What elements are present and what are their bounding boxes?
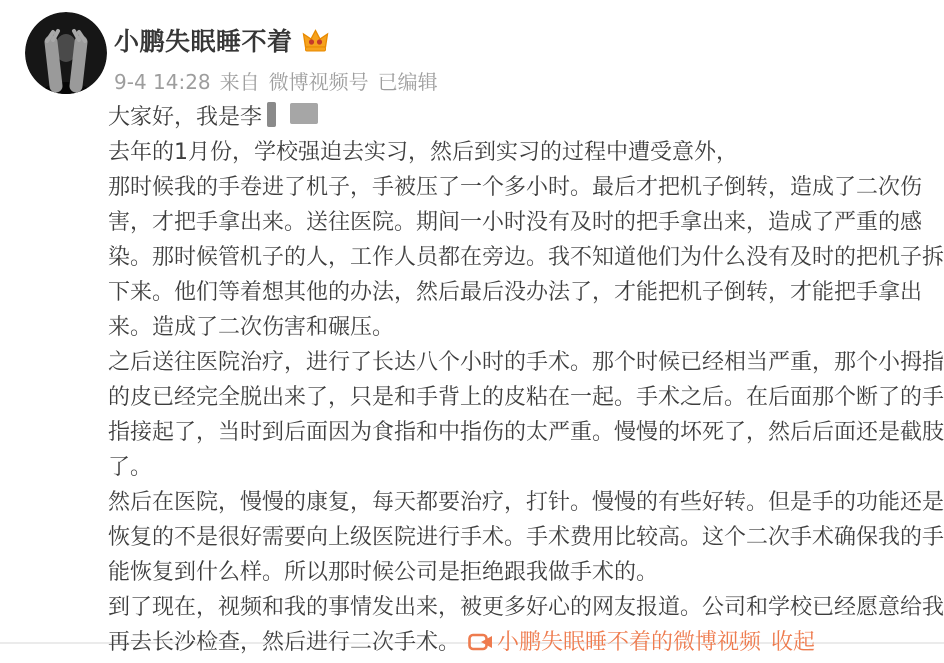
post-header: 小鹏失眠睡不着 9-4 14:28 来自 微博视频号 已编辑 (114, 22, 438, 95)
avatar[interactable] (25, 12, 107, 94)
collapse-link[interactable]: 收起 (771, 630, 815, 644)
post-meta: 9-4 14:28 来自 微博视频号 已编辑 (114, 66, 438, 95)
video-link[interactable]: 小鹏失眠睡不着的微博视频 (460, 630, 761, 644)
from-label: 来自 (220, 66, 260, 95)
source-link[interactable]: 微博视频号 (269, 66, 369, 95)
video-link-label: 小鹏失眠睡不着的微博视频 (497, 630, 761, 644)
avatar-image (25, 12, 107, 94)
timestamp: 9-4 14:28 (114, 70, 211, 94)
video-camera-icon (468, 628, 494, 644)
redaction-block-1 (267, 102, 276, 127)
body-text-intro: 大家好，我是李 (108, 105, 262, 130)
vip-crown-icon (302, 28, 329, 53)
post-body: 大家好，我是李去年的1月份，学校强迫去实习，然后到实习的过程中遭受意外， 那时候… (108, 100, 944, 644)
redaction-block-2 (290, 103, 318, 124)
body-text-main: 去年的1月份，学校强迫去实习，然后到实习的过程中遭受意外， 那时候我的手卷进了机… (108, 140, 944, 644)
edited-badge: 已编辑 (378, 66, 438, 95)
username[interactable]: 小鹏失眠睡不着 (114, 22, 293, 58)
weibo-post: 小鹏失眠睡不着 9-4 14:28 来自 微博视频号 已编辑 大家好，我是李去年… (0, 0, 944, 644)
